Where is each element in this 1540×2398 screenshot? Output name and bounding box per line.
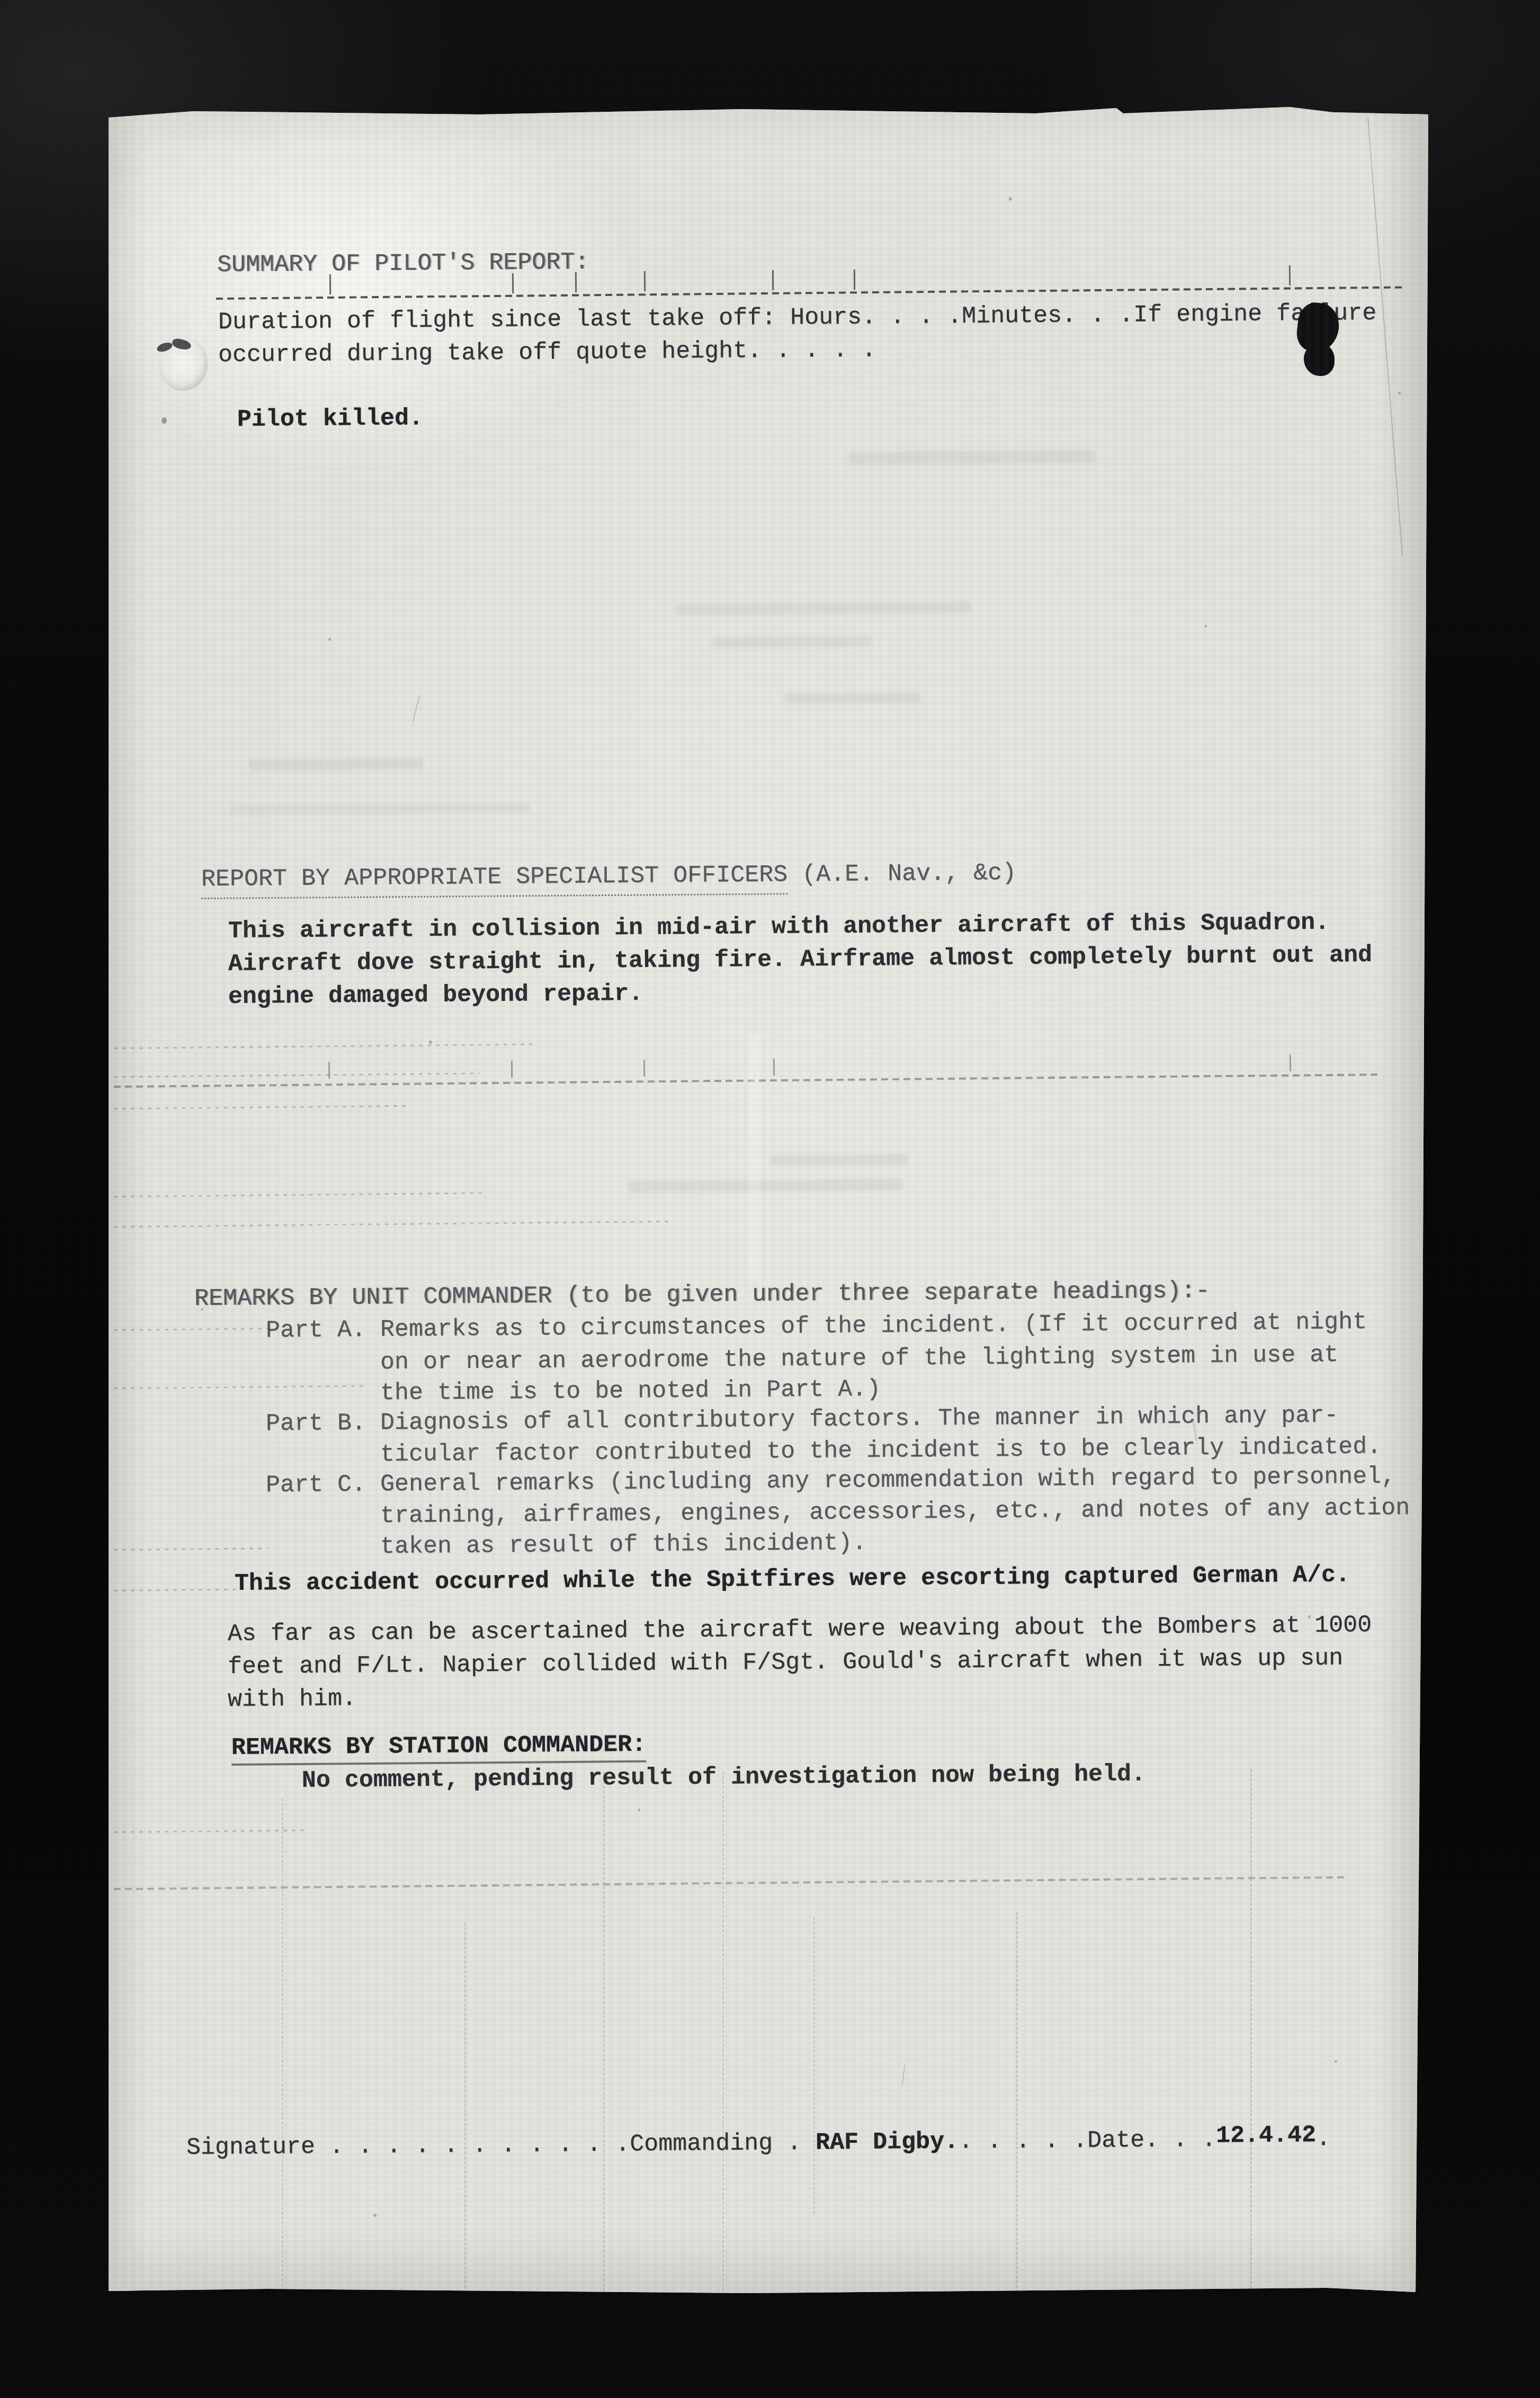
ghost-smudge [847, 450, 1096, 465]
form-rule [114, 1105, 410, 1109]
form-tick [328, 1062, 330, 1079]
summary-body-line-1: Duration of flight since last take off: … [218, 297, 1377, 339]
signature-prefix: Signature . . . . . . . . . . .Commandin… [186, 2129, 816, 2161]
scratch [901, 2064, 906, 2086]
speck [201, 1308, 203, 1311]
station-commander-heading: REMARKS BY STATION COMMANDER: [231, 1729, 647, 1765]
leader-dots [114, 1328, 273, 1331]
signature-unit: RAF Digby. [816, 2128, 959, 2157]
form-tick [329, 274, 331, 294]
vertical-guide [1250, 1769, 1252, 2298]
ghost-smudge [784, 692, 921, 704]
form-rule [114, 1192, 485, 1197]
summary-heading: SUMMARY OF PILOT'S REPORT: [217, 246, 589, 282]
form-tick [512, 273, 514, 293]
signature-leader-dots: . . . . .Date. . . [959, 2126, 1216, 2155]
vertical-guide [603, 1771, 605, 2296]
form-tick [1289, 265, 1291, 285]
form-tick [643, 1060, 645, 1077]
leader-dots [114, 1547, 267, 1551]
vertical-guide [282, 1798, 283, 2296]
remark-detail-line-3: with him. [228, 1683, 357, 1716]
signature-terminal-dot: . [1316, 2125, 1330, 2152]
scanned-report-page: SUMMARY OF PILOT'S REPORT: Duration of f… [109, 105, 1428, 2295]
speck [874, 1380, 876, 1382]
speck [493, 347, 495, 350]
speck [1398, 392, 1401, 395]
form-tick [773, 1059, 775, 1076]
signature-date: 12.4.42 [1216, 2122, 1316, 2149]
speck [373, 2214, 377, 2217]
form-rule [114, 1043, 538, 1049]
ghost-smudge [628, 1179, 903, 1193]
pilot-status-line: Pilot killed. [237, 402, 424, 436]
speck [328, 638, 331, 641]
part-c-line-3: taken as result of this incident). [380, 1527, 867, 1563]
summary-body-line-2: occurred during take off quote height. .… [218, 334, 876, 372]
ghost-smudge [712, 636, 871, 648]
speck [638, 1809, 640, 1811]
ghost-smudge [229, 803, 531, 815]
form-rule [114, 1072, 479, 1078]
specialist-heading: REPORT BY APPROPRIATE SPECIALIST OFFICER… [201, 857, 1017, 896]
photo-background: { "document": { "summary": { "heading": … [0, 0, 1540, 2398]
vertical-guide [813, 1917, 815, 2214]
signature-line: Signature . . . . . . . . . . .Commandin… [186, 2123, 1331, 2164]
paper-crease [751, 1033, 758, 1282]
corner-crease [1367, 118, 1403, 556]
vertical-guide [1016, 1912, 1018, 2293]
speck [1308, 1615, 1311, 1618]
vertical-guide [722, 1771, 724, 2296]
speck [1205, 625, 1207, 628]
form-tick [854, 270, 855, 290]
form-tick [575, 272, 577, 292]
leader-dots [114, 1589, 236, 1591]
specialist-heading-note: (A.E. Nav., &c) [787, 860, 1016, 888]
form-rule [114, 1830, 305, 1833]
form-rule-lower [114, 1876, 1348, 1890]
accident-remark-line: This accident occurred while the Spitfir… [235, 1559, 1350, 1600]
ghost-smudge [249, 758, 424, 771]
form-tick [644, 271, 646, 291]
form-tick [772, 270, 774, 290]
speck [1009, 197, 1012, 201]
ghost-smudge [771, 1154, 908, 1166]
specialist-line-3: engine damaged beyond repair. [228, 978, 643, 1014]
specialist-heading-main: REPORT BY APPROPRIATE SPECIALIST OFFICER… [201, 861, 788, 899]
scratch [413, 696, 420, 722]
form-tick [511, 1061, 513, 1078]
ghost-smudge [675, 602, 972, 616]
vertical-guide [464, 1922, 466, 2293]
speck [1335, 2060, 1337, 2063]
leader-dots [114, 1385, 368, 1389]
ink-blot [1304, 343, 1335, 376]
speck [429, 1041, 432, 1044]
form-rule [114, 1221, 670, 1228]
speck [162, 417, 167, 424]
form-tick [1290, 1054, 1291, 1071]
